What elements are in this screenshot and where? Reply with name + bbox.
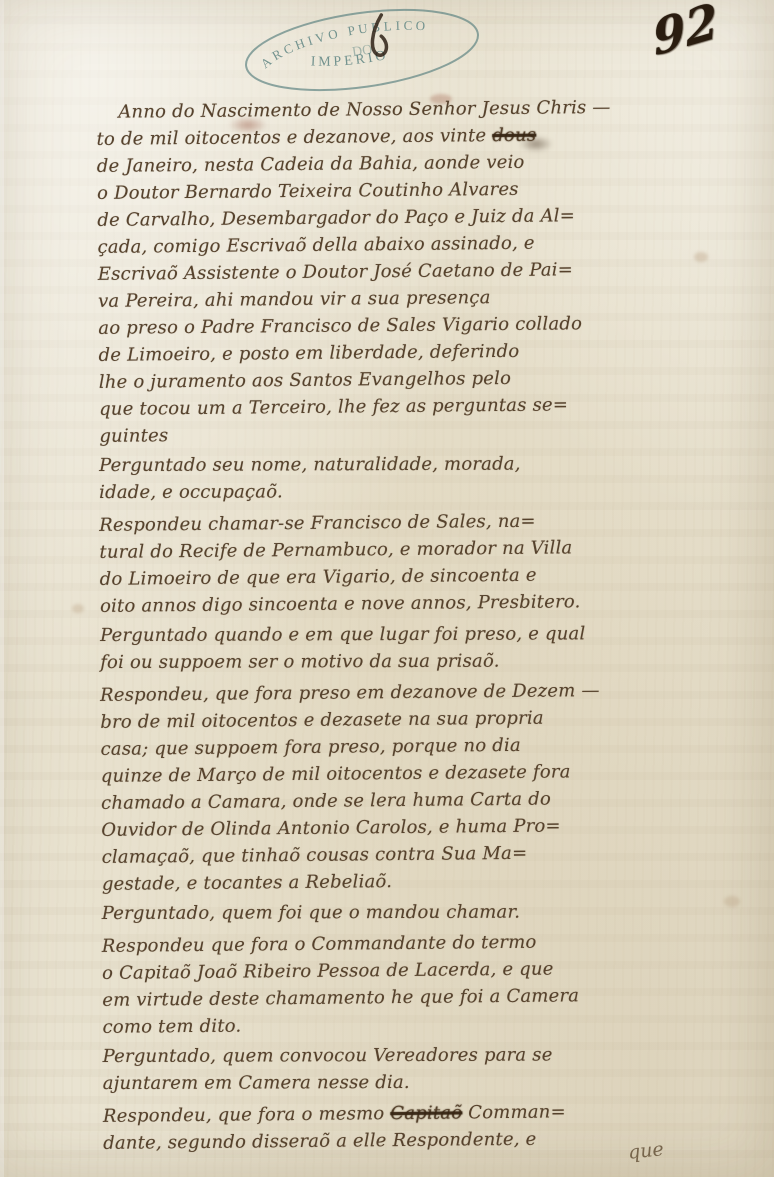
- struck-word: dous: [492, 125, 536, 146]
- manuscript-line: como tem dito.: [102, 1008, 702, 1041]
- manuscript-line: Perguntado, quem foi que o mandou chamar…: [102, 898, 702, 927]
- catchword: que: [627, 1138, 665, 1164]
- manuscript-line: Anno do Nascimento de Nosso Senhor Jesus…: [96, 93, 696, 126]
- archive-stamp-graphic: ARCHIVO PUBLICO DO IMPERIO: [231, 0, 493, 111]
- manuscript-line: gestade, e tocantes a Rebeliaõ.: [102, 865, 702, 898]
- manuscript-paragraph: Respondeu, que fora preso em dezanove de…: [100, 676, 702, 898]
- struck-word: Capitaõ: [390, 1102, 462, 1124]
- manuscript-paragraph: Perguntado seu nome, naturalidade, morad…: [99, 450, 699, 506]
- fox-spot: [72, 604, 84, 613]
- page-number-flourish: 92: [650, 0, 720, 67]
- manuscript-paragraph: Anno do Nascimento de Nosso Senhor Jesus…: [96, 93, 699, 450]
- manuscript-paragraph: Perguntado, quem foi que o mandou chamar…: [102, 898, 702, 927]
- manuscript-paragraph: Perguntado quando e em que lugar foi pre…: [100, 620, 700, 676]
- manuscript-line: guintes: [99, 417, 699, 450]
- stamp-text-bottom: IMPERIO: [308, 44, 390, 75]
- manuscript: Anno do Nascimento de Nosso Senhor Jesus…: [97, 94, 703, 1160]
- manuscript-paragraph: Respondeu, que fora o mesmo Capitaõ Comm…: [103, 1097, 703, 1157]
- manuscript-line: foi ou suppoem ser o motivo da sua prisa…: [100, 647, 700, 676]
- manuscript-line: ajuntarem em Camera nesse dia.: [103, 1068, 703, 1097]
- manuscript-line: oito annos digo sincoenta e nove annos, …: [100, 587, 700, 620]
- manuscript-line: Perguntado seu nome, naturalidade, morad…: [99, 450, 699, 479]
- manuscript-page: ARCHIVO PUBLICO DO IMPERIO 92 Anno do Na…: [0, 0, 774, 1177]
- archive-stamp: ARCHIVO PUBLICO DO IMPERIO: [231, 0, 493, 111]
- manuscript-paragraph: Respondeu chamar-se Francisco de Sales, …: [99, 506, 700, 620]
- manuscript-paragraph: Perguntado, quem convocou Vereadores par…: [103, 1041, 703, 1097]
- manuscript-paragraph: Respondeu que fora o Commandante do term…: [102, 927, 703, 1041]
- fox-spot: [724, 896, 740, 907]
- manuscript-line: dante, segundo disseraõ a elle Responden…: [103, 1124, 703, 1157]
- manuscript-line: idade, e occupaçaõ.: [99, 477, 699, 506]
- manuscript-line: Perguntado, quem convocou Vereadores par…: [103, 1041, 703, 1070]
- manuscript-line: Perguntado quando e em que lugar foi pre…: [100, 620, 700, 649]
